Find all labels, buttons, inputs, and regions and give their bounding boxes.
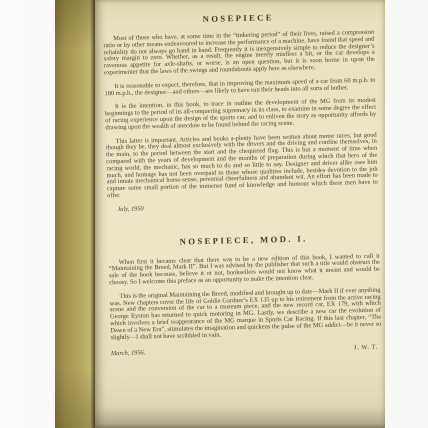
- paragraph: This is the original Maintaining the Bre…: [109, 287, 381, 341]
- date-march-1956: March, 1956.: [111, 351, 146, 359]
- book-spine-edge: [55, 0, 95, 428]
- paragraph: It is reasonable to expect, therefore, t…: [104, 77, 375, 97]
- paragraph: Most of those who have, at some time in …: [103, 30, 375, 77]
- book-page: NOSEPIECE Most of those who have, at som…: [95, 0, 385, 428]
- page-text: NOSEPIECE Most of those who have, at som…: [103, 10, 382, 359]
- nosepiece-heading: NOSEPIECE: [103, 10, 374, 27]
- paragraph: When first it became clear that there wa…: [109, 253, 381, 287]
- paragraph: It is the intention, in this book, to tr…: [105, 98, 377, 132]
- date-july-1950: July, 1950: [107, 200, 378, 213]
- signature-row: March, 1956. J. W. T.: [111, 345, 382, 358]
- nosepiece-mod-heading: NOSEPIECE, MOD. I.: [108, 231, 379, 248]
- author-initials: J. W. T.: [354, 345, 382, 352]
- book-photo: NOSEPIECE Most of those who have, at som…: [0, 0, 428, 428]
- paragraph: This latter is important. Articles and b…: [106, 132, 378, 200]
